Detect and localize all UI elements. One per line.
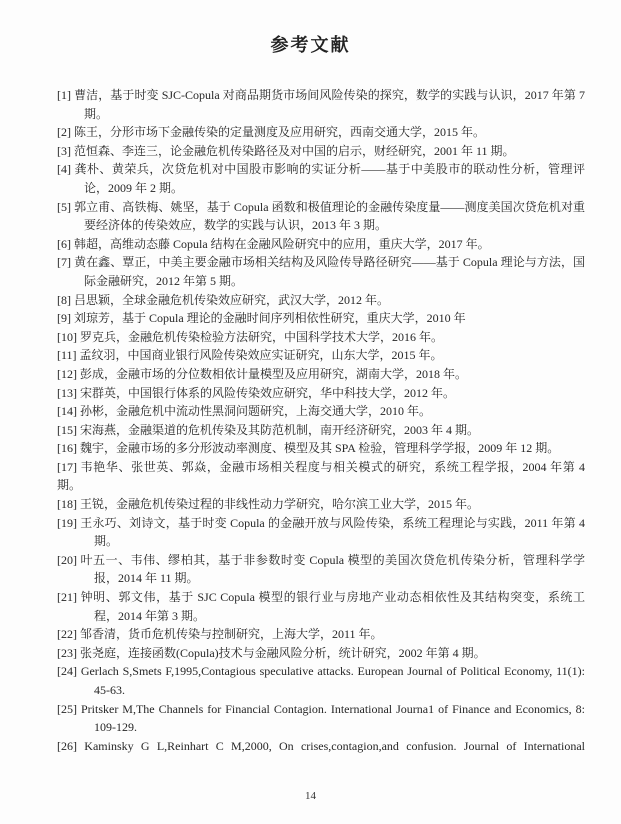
reference-text: 范恒森、李连三，论金融危机传染路径及对中国的启示，财经研究，2001 年 11 … bbox=[74, 144, 515, 158]
reference-number: [19] bbox=[57, 516, 77, 530]
reference-number: [13] bbox=[57, 386, 77, 400]
reference-text: 龚朴、黄荣兵，次贷危机对中国股市影响的实证分析——基于中美股市的联动性分析，管理… bbox=[74, 162, 585, 195]
reference-item: [12] 彭成，金融市场的分位数相依计量模型及应用研究，湖南大学，2018 年。 bbox=[57, 365, 585, 384]
reference-text: 吕思颖，全球金融危机传染效应研究，武汉大学，2012 年。 bbox=[74, 293, 389, 307]
reference-text: Pritsker M,The Channels for Financial Co… bbox=[81, 702, 585, 735]
reference-text: 张尧庭，连接函数(Copula)技术与金融风险分析，统计研究，2002 年第 4… bbox=[80, 646, 486, 660]
reference-number: [11] bbox=[57, 348, 77, 362]
reference-text: Gerlach S,Smets F,1995,Contagious specul… bbox=[81, 664, 585, 697]
reference-text: Kaminsky G L,Reinhart C M,2000, On crise… bbox=[84, 739, 585, 753]
reference-text: 黄在鑫、覃正，中美主要金融市场相关结构及风险传导路径研究——基于 Copula … bbox=[74, 255, 585, 288]
reference-item: [16] 魏宇，金融市场的多分形波动率测度、模型及其 SPA 检验，管理科学学报… bbox=[57, 439, 585, 458]
reference-number: [4] bbox=[57, 162, 71, 176]
reference-text: 王锐，金融危机传染过程的非线性动力学研究，哈尔滨工业大学，2015 年。 bbox=[80, 497, 479, 511]
reference-number: [2] bbox=[57, 125, 71, 139]
reference-number: [22] bbox=[57, 627, 77, 641]
reference-item: [25] Pritsker M,The Channels for Financi… bbox=[57, 700, 585, 737]
reference-number: [18] bbox=[57, 497, 77, 511]
reference-item: [14] 孙彬，金融危机中流动性黑洞问题研究，上海交通大学，2010 年。 bbox=[57, 402, 585, 421]
reference-number: [1] bbox=[57, 88, 71, 102]
reference-item: [22] 邹香清，货币危机传染与控制研究，上海大学，2011 年。 bbox=[57, 625, 585, 644]
reference-text: 陈王，分形市场下金融传染的定量测度及应用研究，西南交通大学，2015 年。 bbox=[74, 125, 485, 139]
reference-text: 孟纹羽，中国商业银行风险传染效应实证研究，山东大学，2015 年。 bbox=[80, 348, 443, 362]
reference-number: [24] bbox=[57, 664, 77, 678]
page-title: 参考文献 bbox=[0, 0, 621, 57]
reference-item: [15] 宋海燕，金融渠道的危机传染及其防范机制，南开经济研究，2003 年 4… bbox=[57, 421, 585, 440]
reference-number: [21] bbox=[57, 590, 77, 604]
reference-item: [24] Gerlach S,Smets F,1995,Contagious s… bbox=[57, 662, 585, 699]
reference-text: 王永巧、刘诗文，基于时变 Copula 的金融开放与风险传染，系统工程理论与实践… bbox=[80, 516, 585, 549]
reference-number: [12] bbox=[57, 367, 77, 381]
reference-number: [7] bbox=[57, 255, 71, 269]
reference-number: [17] bbox=[57, 460, 77, 474]
reference-number: [20] bbox=[57, 553, 77, 567]
document-page: 参考文献 [1] 曹洁，基于时变 SJC-Copula 对商品期货市场间风险传染… bbox=[0, 0, 621, 824]
reference-item: [7] 黄在鑫、覃正，中美主要金融市场相关结构及风险传导路径研究——基于 Cop… bbox=[57, 253, 585, 290]
reference-number: [25] bbox=[57, 702, 77, 716]
reference-text: 魏宇，金融市场的多分形波动率测度、模型及其 SPA 检验，管理科学学报，2009… bbox=[80, 441, 559, 455]
reference-number: [26] bbox=[57, 739, 77, 753]
reference-item: [26] Kaminsky G L,Reinhart C M,2000, On … bbox=[57, 737, 585, 756]
reference-item: [6] 韩超，高维动态藤 Copula 结构在金融风险研究中的应用，重庆大学，2… bbox=[57, 235, 585, 254]
reference-text: 彭成，金融市场的分位数相依计量模型及应用研究，湖南大学，2018 年。 bbox=[80, 367, 467, 381]
reference-item: [18] 王锐，金融危机传染过程的非线性动力学研究，哈尔滨工业大学，2015 年… bbox=[57, 495, 585, 514]
reference-text: 郭立甫、高铁梅、姚坚，基于 Copula 函数和极值理论的金融传染度量——测度美… bbox=[74, 200, 585, 233]
reference-item: [8] 吕思颖，全球金融危机传染效应研究，武汉大学，2012 年。 bbox=[57, 291, 585, 310]
reference-text: 韦艳华、张世英、郭焱，金融市场相关程度与相关模式的研究，系统工程学报，2004 … bbox=[57, 460, 585, 493]
reference-number: [14] bbox=[57, 404, 77, 418]
reference-item: [4] 龚朴、黄荣兵，次贷危机对中国股市影响的实证分析——基于中美股市的联动性分… bbox=[57, 160, 585, 197]
references-list: [1] 曹洁，基于时变 SJC-Copula 对商品期货市场间风险传染的探究，数… bbox=[57, 86, 585, 755]
reference-number: [9] bbox=[57, 311, 71, 325]
reference-item: [1] 曹洁，基于时变 SJC-Copula 对商品期货市场间风险传染的探究，数… bbox=[57, 86, 585, 123]
reference-text: 罗克兵，金融危机传染检验方法研究，中国科学技术大学，2016 年。 bbox=[80, 330, 443, 344]
reference-item: [17] 韦艳华、张世英、郭焱，金融市场相关程度与相关模式的研究，系统工程学报，… bbox=[57, 458, 585, 495]
reference-item: [19] 王永巧、刘诗文，基于时变 Copula 的金融开放与风险传染，系统工程… bbox=[57, 514, 585, 551]
page-number: 14 bbox=[0, 790, 621, 802]
reference-item: [20] 叶五一、韦伟、缪柏其，基于非参数时变 Copula 模型的美国次贷危机… bbox=[57, 551, 585, 588]
reference-text: 宋海燕，金融渠道的危机传染及其防范机制，南开经济研究，2003 年 4 期。 bbox=[80, 423, 479, 437]
reference-item: [23] 张尧庭，连接函数(Copula)技术与金融风险分析，统计研究，2002… bbox=[57, 644, 585, 663]
reference-item: [9] 刘琼芳，基于 Copula 理论的金融时间序列相依性研究，重庆大学，20… bbox=[57, 309, 585, 328]
reference-number: [10] bbox=[57, 330, 77, 344]
reference-item: [10] 罗克兵，金融危机传染检验方法研究，中国科学技术大学，2016 年。 bbox=[57, 328, 585, 347]
reference-text: 曹洁，基于时变 SJC-Copula 对商品期货市场间风险传染的探究，数学的实践… bbox=[74, 88, 585, 121]
reference-text: 韩超，高维动态藤 Copula 结构在金融风险研究中的应用，重庆大学，2017 … bbox=[74, 237, 490, 251]
reference-text: 孙彬，金融危机中流动性黑洞问题研究，上海交通大学，2010 年。 bbox=[80, 404, 431, 418]
reference-text: 刘琼芳，基于 Copula 理论的金融时间序列相依性研究，重庆大学，2010 年 bbox=[74, 311, 466, 325]
reference-text: 宋群英，中国银行体系的风险传染效应研究，华中科技大学，2012 年。 bbox=[80, 386, 455, 400]
reference-item: [21] 钟明、郭文伟，基于 SJC Copula 模型的银行业与房地产业动态相… bbox=[57, 588, 585, 625]
reference-number: [3] bbox=[57, 144, 71, 158]
reference-number: [8] bbox=[57, 293, 71, 307]
reference-item: [11] 孟纹羽，中国商业银行风险传染效应实证研究，山东大学，2015 年。 bbox=[57, 346, 585, 365]
reference-item: [5] 郭立甫、高铁梅、姚坚，基于 Copula 函数和极值理论的金融传染度量—… bbox=[57, 198, 585, 235]
reference-number: [5] bbox=[57, 200, 71, 214]
reference-text: 钟明、郭文伟，基于 SJC Copula 模型的银行业与房地产业动态相依性及其结… bbox=[81, 590, 585, 623]
reference-number: [23] bbox=[57, 646, 77, 660]
reference-item: [3] 范恒森、李连三，论金融危机传染路径及对中国的启示，财经研究，2001 年… bbox=[57, 142, 585, 161]
reference-item: [2] 陈王，分形市场下金融传染的定量测度及应用研究，西南交通大学，2015 年… bbox=[57, 123, 585, 142]
reference-number: [16] bbox=[57, 441, 77, 455]
reference-number: [6] bbox=[57, 237, 71, 251]
reference-text: 邹香清，货币危机传染与控制研究，上海大学，2011 年。 bbox=[80, 627, 383, 641]
reference-text: 叶五一、韦伟、缪柏其，基于非参数时变 Copula 模型的美国次贷危机传染分析，… bbox=[81, 553, 585, 586]
reference-item: [13] 宋群英，中国银行体系的风险传染效应研究，华中科技大学，2012 年。 bbox=[57, 384, 585, 403]
reference-number: [15] bbox=[57, 423, 77, 437]
